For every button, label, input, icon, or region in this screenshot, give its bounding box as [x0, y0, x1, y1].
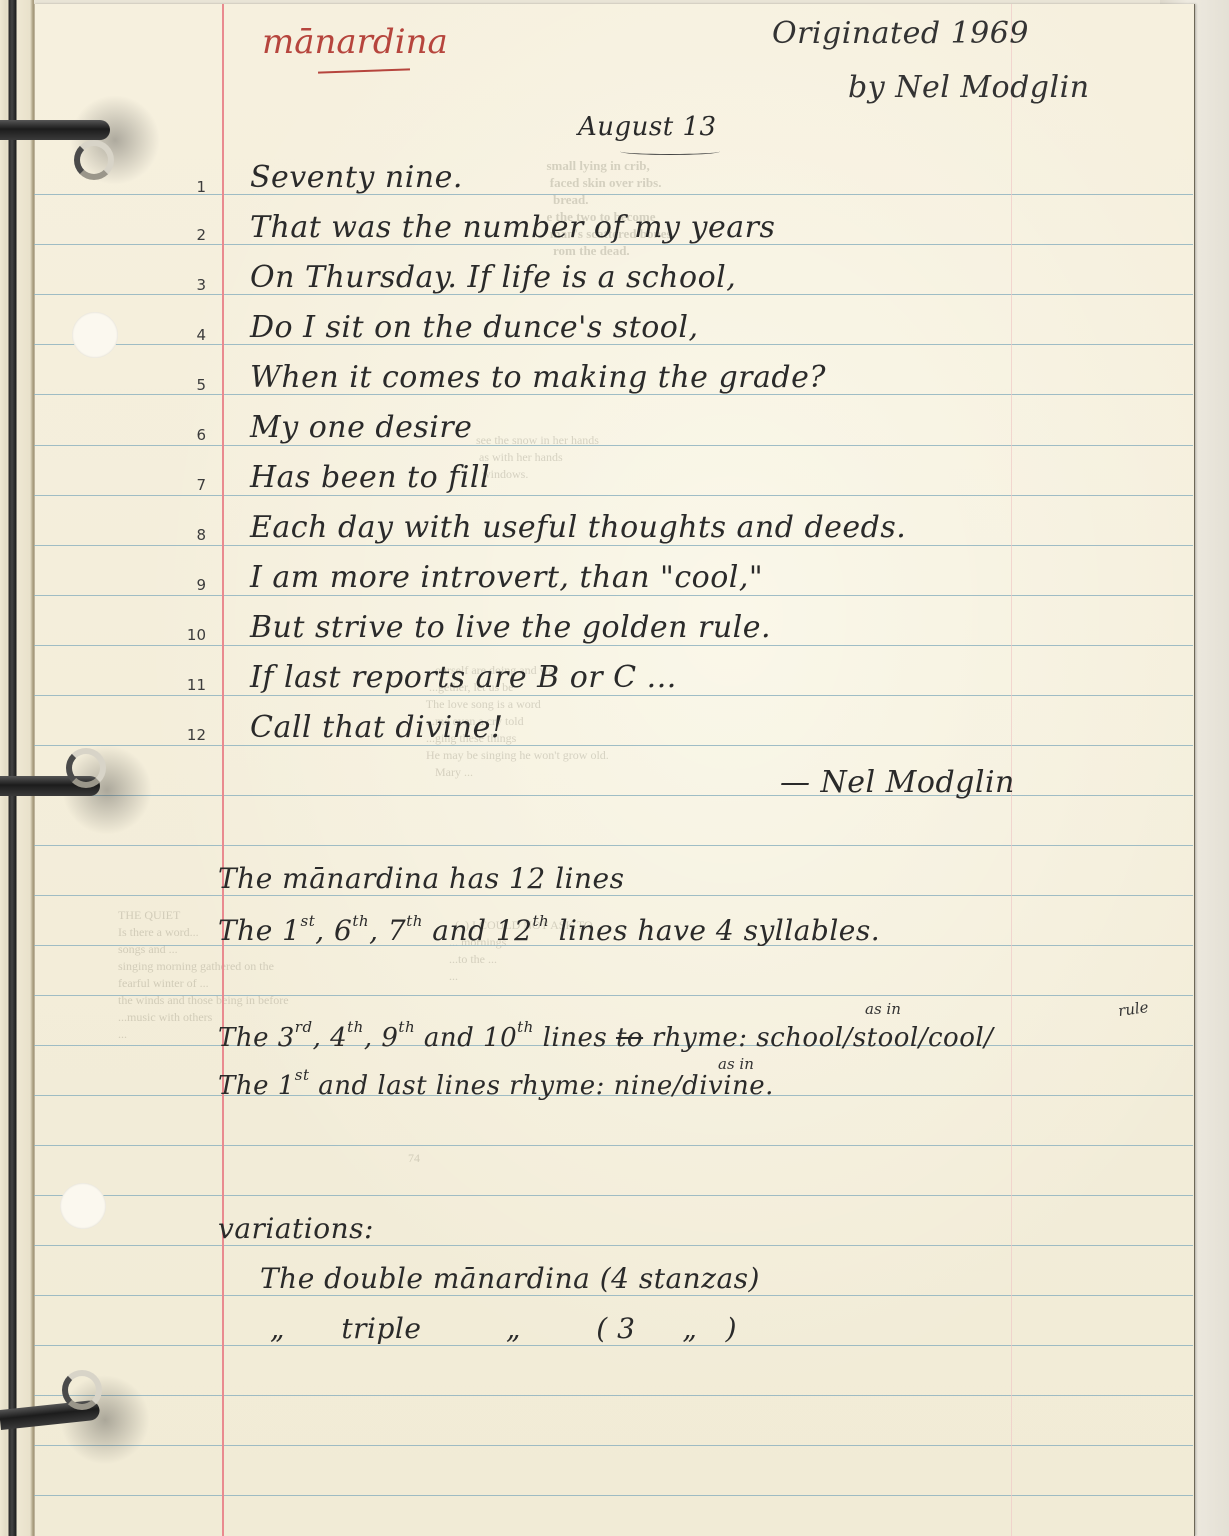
bleed-through-page-number: 74: [408, 1150, 420, 1167]
poem-line: When it comes to making the grade?: [250, 360, 826, 395]
binder-spine: [0, 0, 34, 1536]
variations-heading: variations:: [218, 1212, 374, 1245]
poem-line: If last reports are B or C ...: [250, 660, 677, 695]
note-first-last-rhyme: The 1st and last lines rhyme: nine/divin…: [218, 1066, 774, 1101]
line-number: 5: [176, 376, 206, 394]
poem-date: August 13: [578, 112, 717, 142]
line-number: 7: [176, 476, 206, 494]
attribution-author: by Nel Modglin: [848, 70, 1090, 105]
poem-line: Do I sit on the dunce's stool,: [250, 310, 699, 345]
line-number: 1: [176, 178, 206, 196]
note-line-count: The mānardina has 12 lines: [218, 862, 624, 895]
line-number: 11: [176, 676, 206, 694]
poem-line: On Thursday. If life is a school,: [250, 260, 736, 295]
margin-line-red: [222, 4, 224, 1536]
line-number: 4: [176, 326, 206, 344]
line-number: 9: [176, 576, 206, 594]
binder-ring-tip: [62, 1370, 102, 1410]
poem-line: But strive to live the golden rule.: [250, 610, 771, 645]
poem-line: Each day with useful thoughts and deeds.: [250, 510, 906, 545]
line-number: 8: [176, 526, 206, 544]
note-syllables: The 1st, 6th, 7th and 12th lines have 4 …: [218, 912, 880, 947]
line-number: 10: [176, 626, 206, 644]
insert-annotation: as in: [865, 1000, 901, 1018]
binder-ring-tip: [66, 748, 106, 788]
poem-line: Has been to fill: [250, 460, 490, 495]
poem-line: That was the number of my years: [250, 210, 775, 245]
poem-line: Seventy nine.: [250, 160, 463, 195]
variation-item: „ triple „ ( 3 „ ): [270, 1312, 737, 1345]
binder-ring: [0, 120, 110, 140]
poem-line: I am more introvert, than "cool,": [250, 560, 763, 595]
line-number: 6: [176, 426, 206, 444]
attribution-originated: Originated 1969: [772, 16, 1029, 51]
poem-line: Call that divine!: [250, 710, 503, 745]
line-number: 2: [176, 226, 206, 244]
line-number: 12: [176, 726, 206, 744]
poem-line: My one desire: [250, 410, 472, 445]
poem-signature: — Nel Modglin: [780, 765, 1015, 800]
line-number: 3: [176, 276, 206, 294]
punch-hole: [72, 312, 118, 358]
poem-form-title: mānardina: [262, 22, 448, 62]
note-rhyme-scheme: The 3rd, 4th, 9th and 10th lines to rhym…: [218, 1018, 993, 1053]
punch-hole: [60, 1183, 106, 1229]
binder-ring-tip: [74, 140, 114, 180]
date-underline: [620, 148, 720, 155]
variation-item: The double mānardina (4 stanzas): [260, 1262, 760, 1295]
